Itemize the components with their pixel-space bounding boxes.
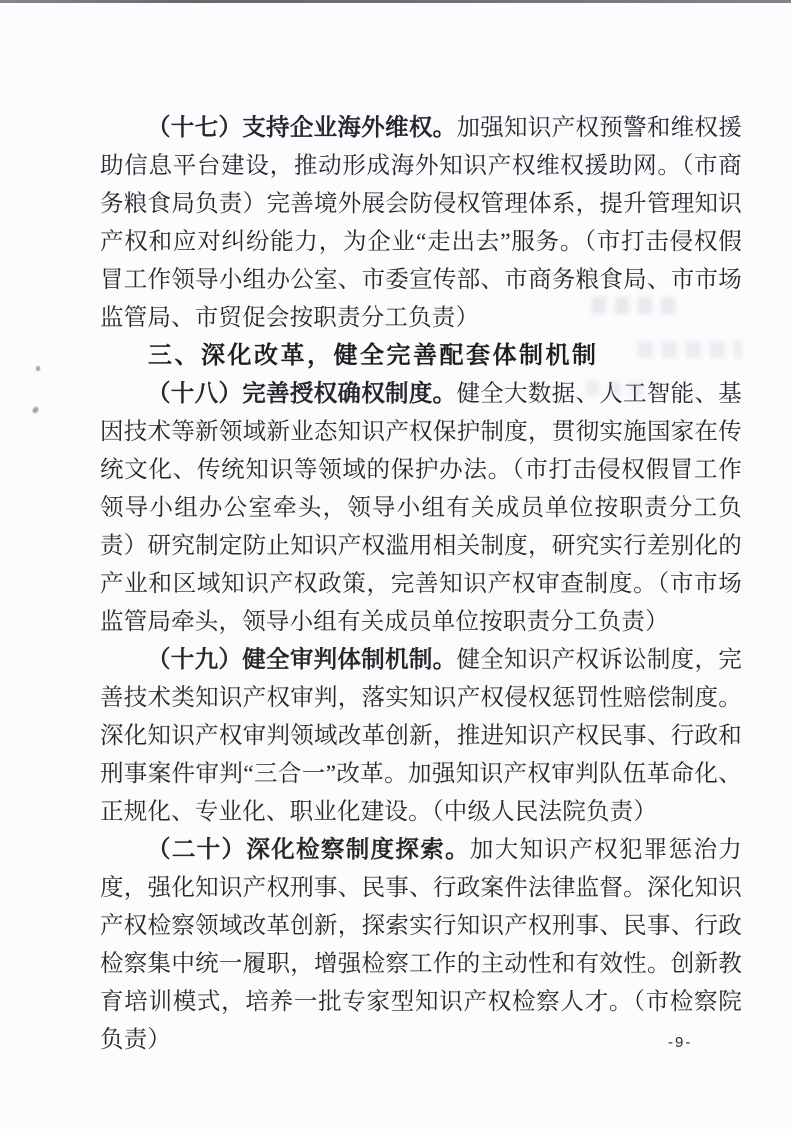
paragraph-19-lead: （十九）健全审判体制机制。 [147,647,456,673]
page-number: -9- [668,1034,692,1051]
scan-speck [32,406,40,414]
paragraph-20-lead: （二十）深化检察制度探索。 [147,837,470,863]
paragraph-18-text: 健全大数据、人工智能、基因技术等新领域新业态知识产权保护制度，贯彻实施国家在传统… [100,381,742,635]
paragraph-20: （二十）深化检察制度探索。加大知识产权犯罪惩治力度，强化知识产权刑事、民事、行政… [100,831,742,1059]
paragraph-19: （十九）健全审判体制机制。健全知识产权诉讼制度，完善技术类知识产权审判，落实知识… [100,641,742,831]
section-heading-3: 三、深化改革，健全完善配套体制机制 [100,337,742,375]
paragraph-20-text: 加大知识产权犯罪惩治力度，强化知识产权刑事、民事、行政案件法律监督。深化知识产权… [100,837,742,1053]
paragraph-17-lead: （十七）支持企业海外维权。 [147,115,456,141]
scanned-document-page: （十七）支持企业海外维权。加强知识产权预警和维权援助信息平台建设，推动形成海外知… [0,0,791,1129]
paragraph-18-lead: （十八）完善授权确权制度。 [147,381,456,407]
scan-speck [36,366,40,371]
paragraph-17-text: 加强知识产权预警和维权援助信息平台建设，推动形成海外知识产权维权援助网。（市商务… [100,115,742,331]
scan-top-edge-shadow [0,0,791,3]
paragraph-18: （十八）完善授权确权制度。健全大数据、人工智能、基因技术等新领域新业态知识产权保… [100,375,742,641]
document-body: （十七）支持企业海外维权。加强知识产权预警和维权援助信息平台建设，推动形成海外知… [100,109,742,1059]
paragraph-19-text: 健全知识产权诉讼制度，完善技术类知识产权审判，落实知识产权侵权惩罚性赔偿制度。深… [100,647,742,825]
paragraph-17: （十七）支持企业海外维权。加强知识产权预警和维权援助信息平台建设，推动形成海外知… [100,109,742,337]
